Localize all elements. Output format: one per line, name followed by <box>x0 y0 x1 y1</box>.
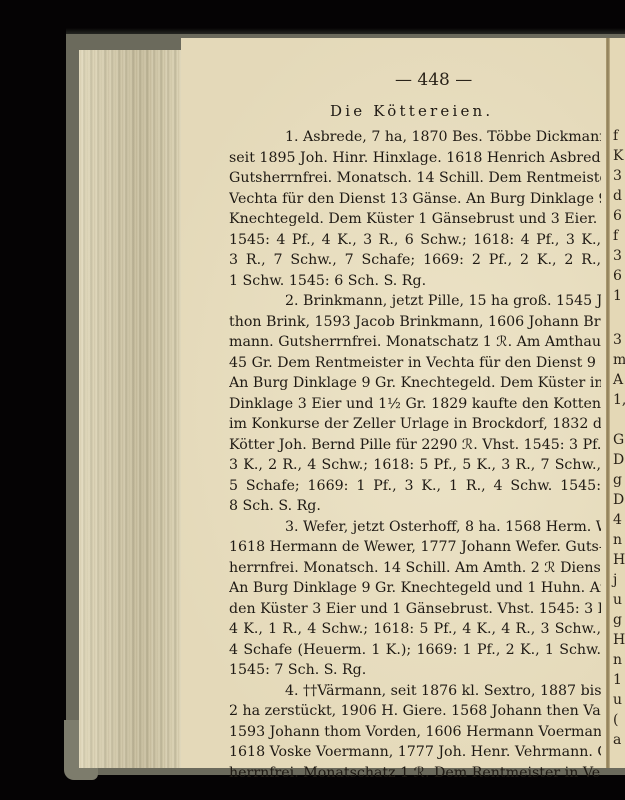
page-number: — 448 — <box>395 70 472 90</box>
facing-page-text-fragment: 3 <box>613 166 622 187</box>
page-stack-shading <box>79 50 181 768</box>
facing-page-text-fragment: D <box>613 450 624 471</box>
facing-page-text-fragment: u <box>613 590 622 611</box>
text-line: 1593 Johann thom Vorden, 1606 Hermann Vo… <box>229 722 601 742</box>
text-line: 2. Brinkmann, jetzt Pille, 15 ha groß. 1… <box>285 291 601 311</box>
text-line: Gutsherrnfrei. Monatsch. 14 Schill. Dem … <box>229 168 601 188</box>
text-line: seit 1895 Joh. Hinr. Hinxlage. 1618 Henr… <box>229 148 601 168</box>
facing-page-text-fragment: j <box>613 570 617 591</box>
text-line: 1618 Hermann de Wewer, 1777 Johann Wefer… <box>229 537 601 557</box>
facing-page-text-fragment: G <box>613 430 624 451</box>
text-line: 1618 Voske Voermann, 1777 Joh. Henr. Veh… <box>229 742 601 762</box>
facing-page-fragment: fK3d6f3613mA1,GDgD4nHjugHn1u(a <box>610 38 625 768</box>
text-line: Knechtegeld. Dem Küster 1 Gänsebrust und… <box>229 209 601 229</box>
text-line: herrnfrei. Monatsch. 14 Schill. Am Amth.… <box>229 558 601 578</box>
text-line: im Konkurse der Zeller Urlage in Brockdo… <box>229 414 601 434</box>
text-line: 1. Asbrede, 7 ha, 1870 Bes. Többe Dickma… <box>285 127 601 147</box>
text-line: 4 Schafe (Heuerm. 1 K.); 1669: 1 Pf., 2 … <box>229 640 601 660</box>
facing-page-text-fragment: 4 <box>613 510 622 531</box>
text-line: 2 ha zerstückt, 1906 H. Giere. 1568 Joha… <box>229 701 601 721</box>
section-heading: Die Köttereien. <box>330 102 493 120</box>
facing-page-text-fragment: f <box>613 226 618 247</box>
facing-page-text-fragment: 1, <box>613 390 625 411</box>
text-line: Vechta für den Dienst 13 Gänse. An Burg … <box>229 189 601 209</box>
facing-page-text-fragment: g <box>613 470 622 491</box>
text-line: mann. Gutsherrnfrei. Monatschatz 1 ℛ. Am… <box>229 332 601 352</box>
facing-page-text-fragment: K <box>613 146 623 167</box>
text-line: 8 Sch. S. Rg. <box>229 496 601 516</box>
text-line: 3 R., 7 Schw., 7 Schafe; 1669: 2 Pf., 2 … <box>229 250 601 270</box>
facing-page-text-fragment: n <box>613 650 622 671</box>
facing-page-text-fragment: A <box>613 370 623 391</box>
text-line: 4. ††Värmann, seit 1876 kl. Sextro, 1887… <box>285 681 601 701</box>
facing-page-text-fragment: d <box>613 186 622 207</box>
text-line: Kötter Joh. Bernd Pille für 2290 ℛ. Vhst… <box>229 435 601 455</box>
facing-page-text-fragment: H <box>613 550 625 571</box>
facing-page-text-fragment: ( <box>613 710 618 731</box>
facing-page-text-fragment: n <box>613 530 622 551</box>
facing-page-text-fragment: f <box>613 126 618 147</box>
text-line: 5 Schafe; 1669: 1 Pf., 3 K., 1 R., 4 Sch… <box>229 476 601 496</box>
facing-page-text-fragment: g <box>613 610 622 631</box>
text-line: den Küster 3 Eier und 1 Gänsebrust. Vhst… <box>229 599 601 619</box>
text-line: 4 K., 1 R., 4 Schw.; 1618: 5 Pf., 4 K., … <box>229 619 601 639</box>
text-line: 3. Wefer, jetzt Osterhoff, 8 ha. 1568 He… <box>285 517 601 537</box>
text-line: An Burg Dinklage 9 Gr. Knechtegeld und 1… <box>229 578 601 598</box>
text-line: 45 Gr. Dem Rentmeister in Vechta für den… <box>229 353 601 373</box>
facing-page-text-fragment: m <box>613 350 625 371</box>
facing-page-text-fragment: 1 <box>613 286 622 307</box>
facing-page-text-fragment: 3 <box>613 330 622 351</box>
text-line: An Burg Dinklage 9 Gr. Knechtegeld. Dem … <box>229 373 601 393</box>
text-line: 1545: 4 Pf., 4 K., 3 R., 6 Schw.; 1618: … <box>229 230 601 250</box>
facing-page-text-fragment: 6 <box>613 206 622 227</box>
text-line: 1 Schw. 1545: 6 Sch. S. Rg. <box>229 271 601 291</box>
text-line: herrnfrei. Monatschatz 1 ℛ. Dem Rentmeis… <box>229 763 601 783</box>
facing-page-text-fragment: a <box>613 730 621 751</box>
facing-page-text-fragment: H <box>613 630 625 651</box>
facing-page-text-fragment: u <box>613 690 622 711</box>
text-line: 3 K., 2 R., 4 Schw.; 1618: 5 Pf., 5 K., … <box>229 455 601 475</box>
text-line: 1545: 7 Sch. S. Rg. <box>229 660 601 680</box>
facing-page-text-fragment: 1 <box>613 670 622 691</box>
facing-page-text-fragment: 3 <box>613 246 622 267</box>
facing-page-text-fragment: 6 <box>613 266 622 287</box>
facing-page-text-fragment: D <box>613 490 624 511</box>
text-line: Dinklage 3 Eier und 1½ Gr. 1829 kaufte d… <box>229 394 601 414</box>
text-line: thon Brink, 1593 Jacob Brinkmann, 1606 J… <box>229 312 601 332</box>
